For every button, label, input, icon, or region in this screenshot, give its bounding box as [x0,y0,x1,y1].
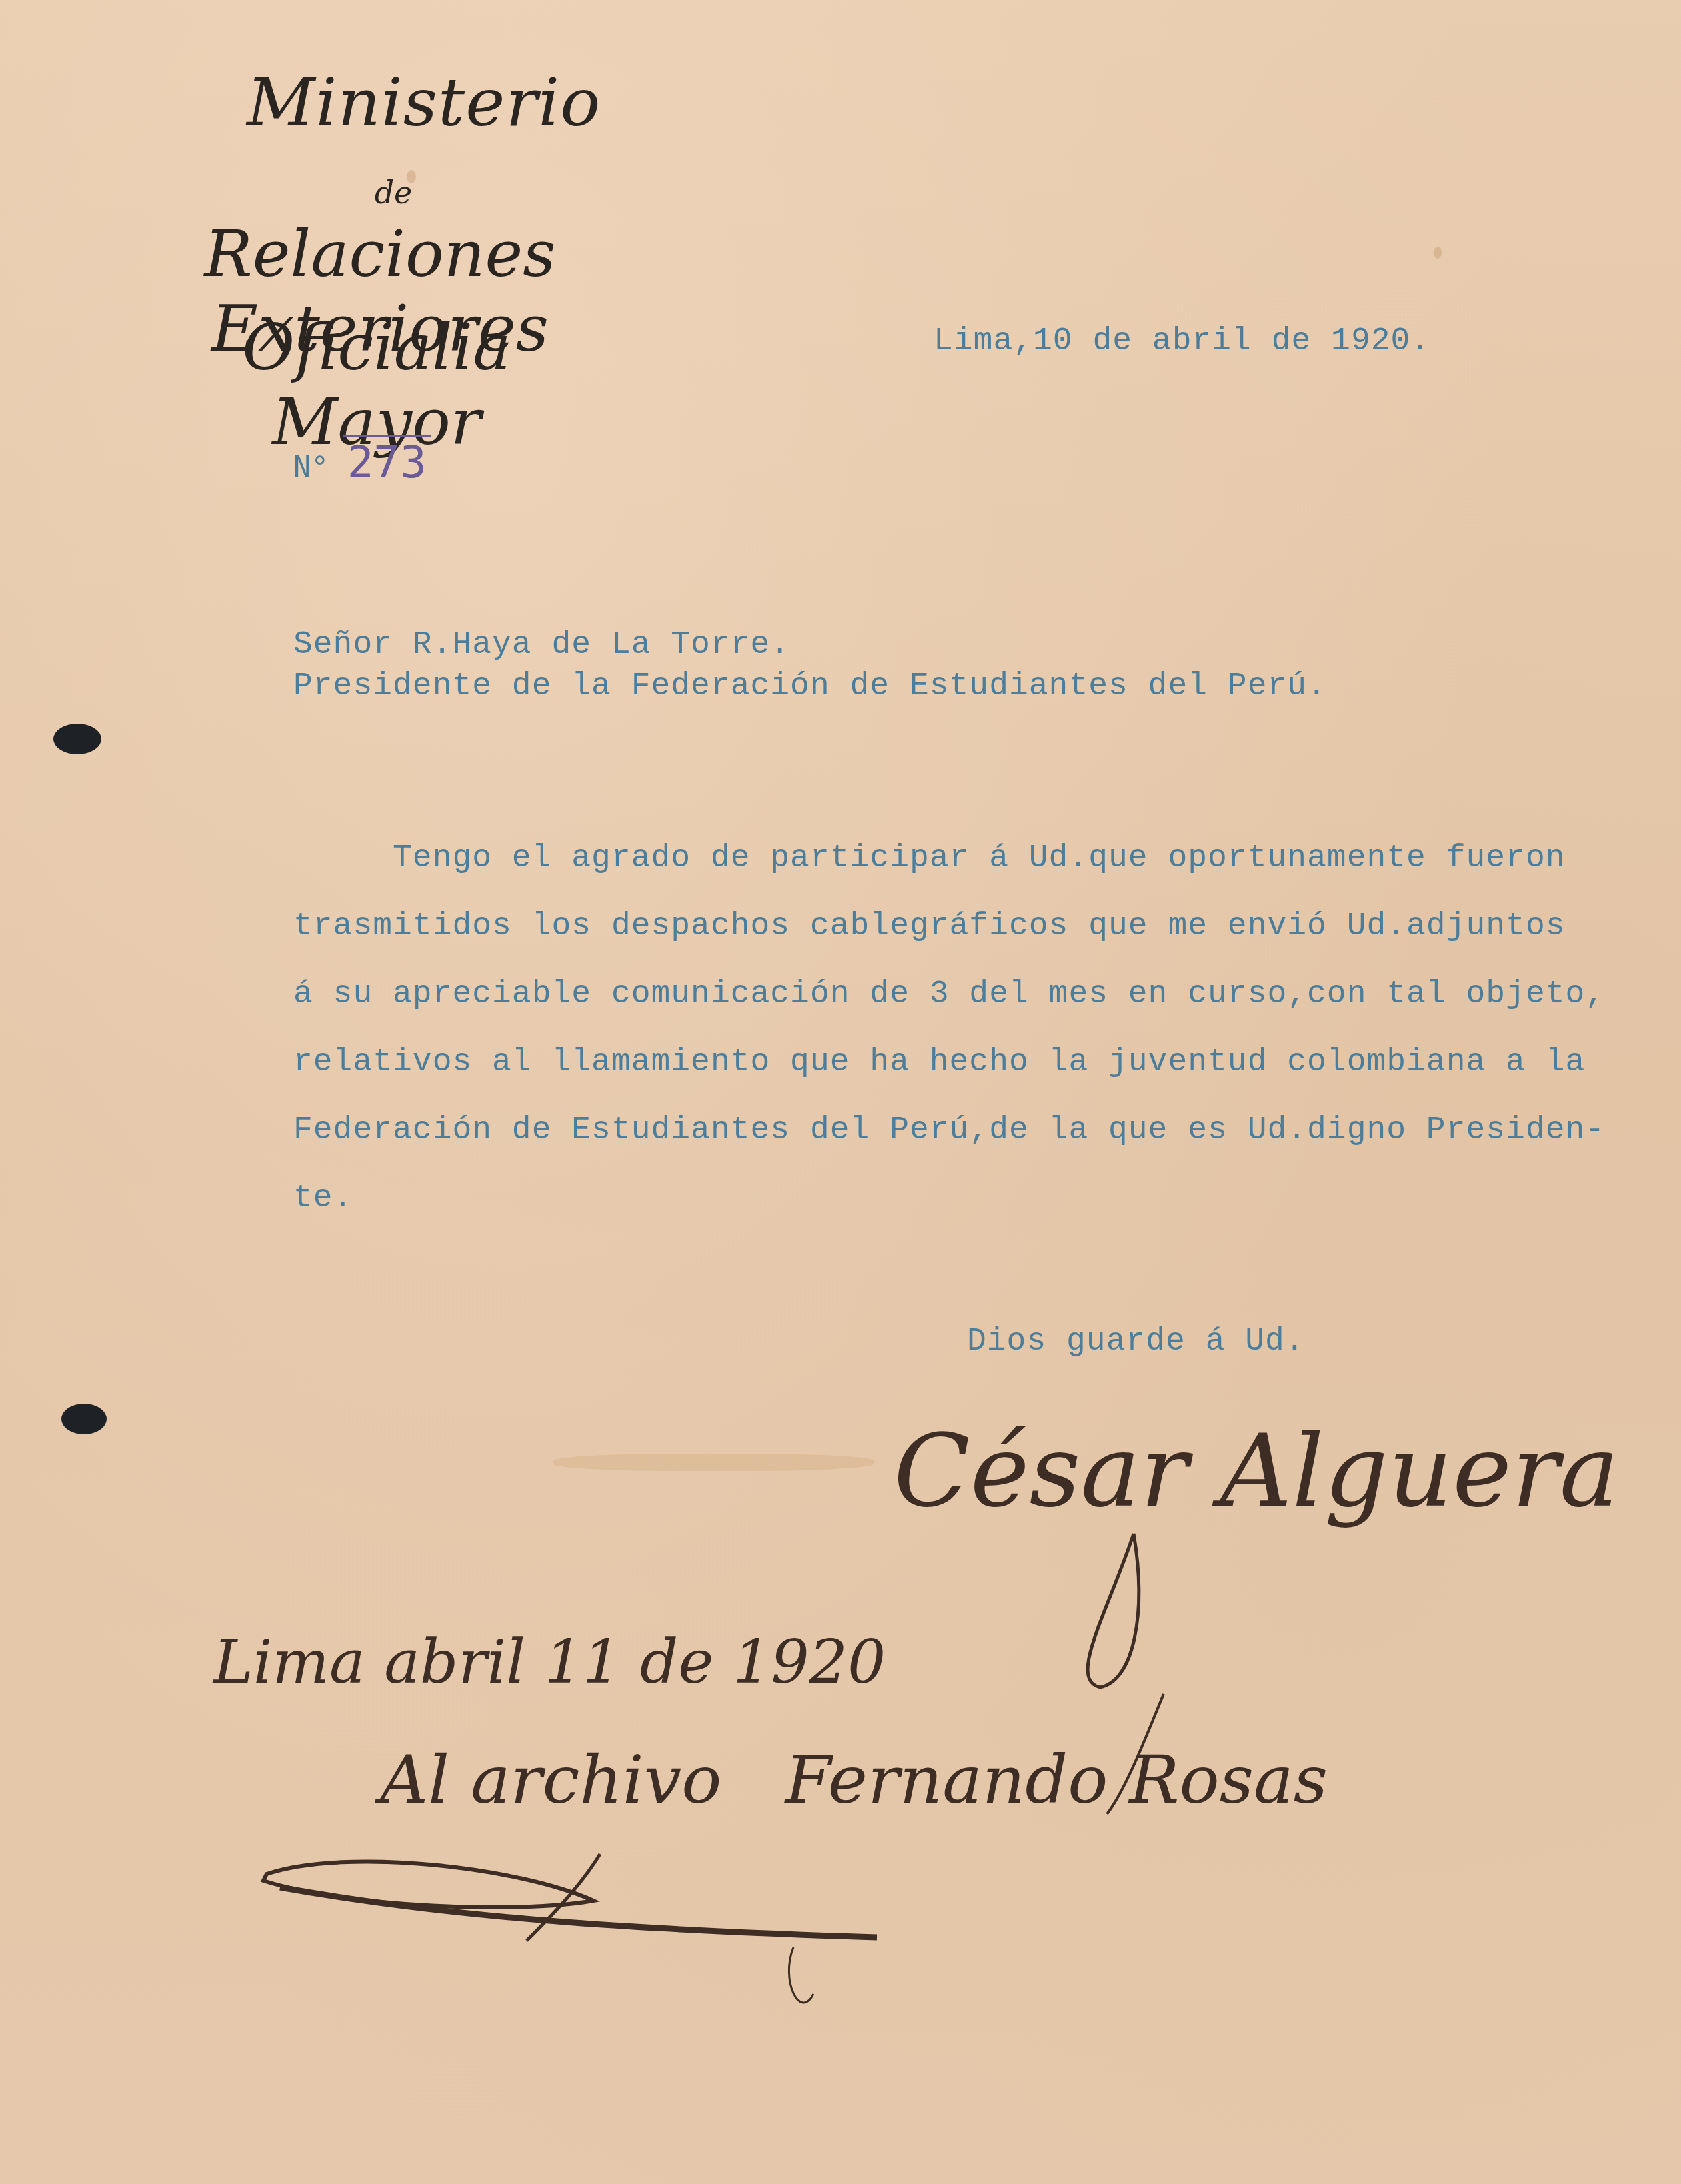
letterhead-ministerio: Ministerio [247,63,560,141]
body-line: á su apreciable comunicación de 3 del me… [293,976,1605,1012]
date-line: Lima,10 de abril de 1920. [934,323,1430,359]
punch-hole [61,1404,107,1434]
addressee-name: Señor R.Haya de La Torre. [293,627,790,663]
body-line: Tengo el agrado de participar á Ud.que o… [293,840,1566,876]
addressee-title: Presidente de la Federación de Estudiant… [293,668,1327,704]
number-label: N° [293,451,329,485]
punch-hole [53,724,101,754]
letterhead-de: de [353,175,433,211]
handwritten-date-note: Lima abril 11 de 1920 [213,1627,886,1697]
paper-stain [553,1454,874,1471]
number-value: 273 [343,435,431,488]
paper-stain [1434,247,1442,259]
letter-page: Ministerio de Relaciones Exteriores Ofic… [0,0,1681,2184]
closing-line: Dios guarde á Ud. [967,1324,1305,1360]
body-line: Federación de Estudiantes del Perú,de la… [293,1112,1605,1148]
body-line: relativos al llamamiento que ha hecho la… [293,1044,1585,1080]
body-line: trasmitidos los despachos cablegráficos … [293,908,1566,944]
handwritten-archive-note: Al archivo Fernando Rosas [380,1741,1328,1819]
signature: César Alguera [894,1414,1619,1530]
document-number: N° 273 [293,437,431,488]
body-line: te. [293,1180,353,1216]
